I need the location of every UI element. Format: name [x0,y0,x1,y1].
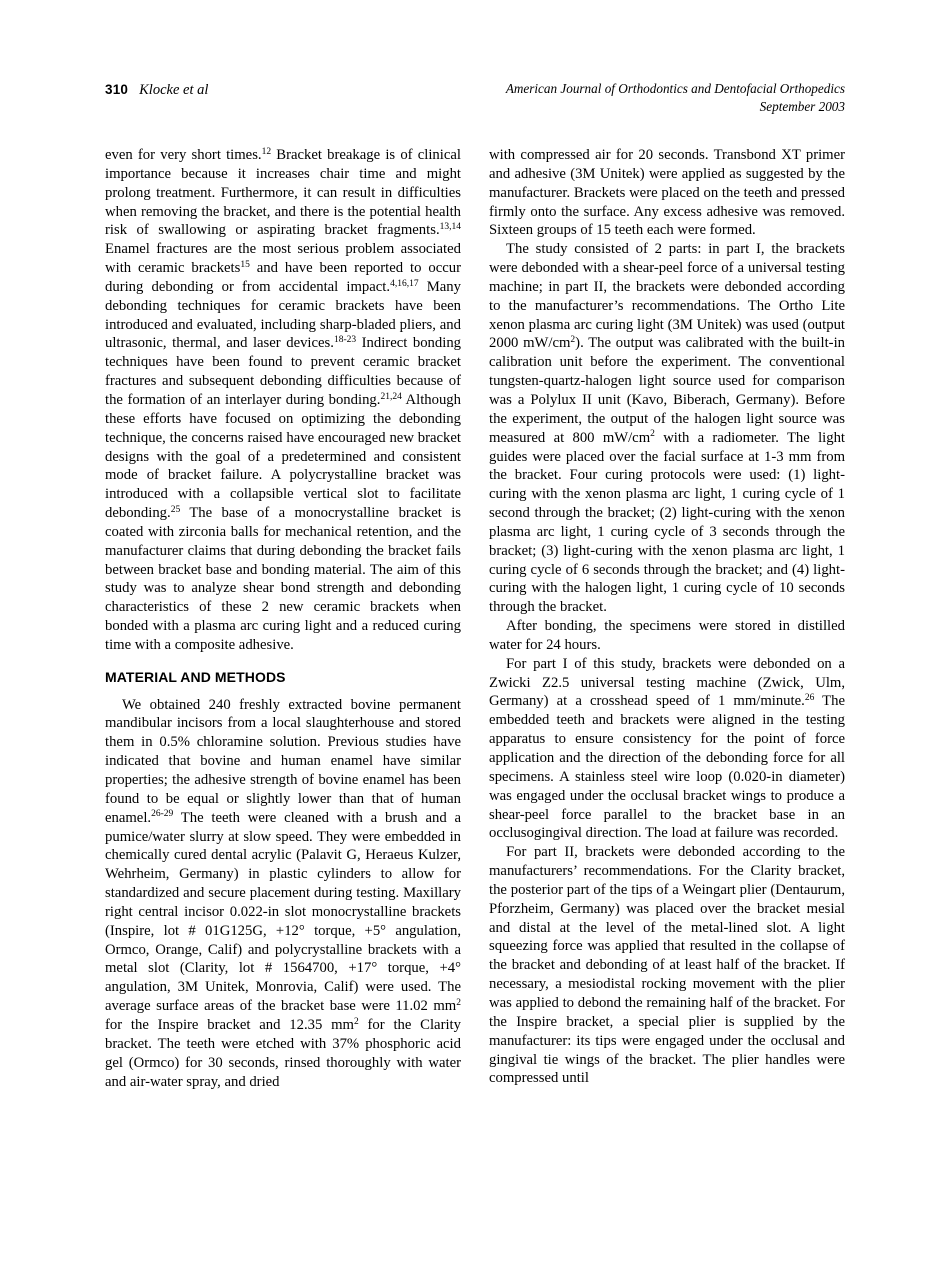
paragraph: We obtained 240 freshly extracted bovine… [105,696,461,1092]
article-body: even for very short times.12 Bracket bre… [105,146,845,1091]
citation-ref: 25 [171,505,181,515]
page-header: 310 Klocke et al American Journal of Ort… [105,80,845,115]
citation-ref: 26 [805,693,815,703]
left-column: even for very short times.12 Bracket bre… [105,146,461,1091]
paragraph: For part II, brackets were debonded acco… [489,843,845,1088]
running-author: Klocke et al [139,82,208,99]
paragraph: The study consisted of 2 parts: in part … [489,240,845,617]
journal-title: American Journal of Orthodontics and Den… [506,80,845,98]
citation-ref: 2 [456,998,461,1008]
page-number: 310 [105,82,128,97]
paragraph: For part I of this study, brackets were … [489,655,845,843]
citation-ref: 26-29 [151,809,173,819]
citation-ref: 2 [354,1017,359,1027]
journal-page: 310 Klocke et al American Journal of Ort… [0,0,950,1262]
citation-ref: 2 [650,429,655,439]
running-head-right: American Journal of Orthodontics and Den… [506,80,845,115]
citation-ref: 18-23 [334,335,356,345]
running-head-left: 310 Klocke et al [105,80,208,99]
paragraph: even for very short times.12 Bracket bre… [105,146,461,655]
citation-ref: 21,24 [380,392,401,402]
paragraph: with compressed air for 20 seconds. Tran… [489,146,845,240]
right-column: with compressed air for 20 seconds. Tran… [489,146,845,1091]
citation-ref: 12 [262,147,272,157]
journal-issue-date: September 2003 [506,98,845,116]
citation-ref: 2 [570,335,575,345]
citation-ref: 15 [240,260,250,270]
section-heading: MATERIAL AND METHODS [105,668,461,687]
citation-ref: 4,16,17 [390,279,419,289]
citation-ref: 13,14 [440,222,461,232]
paragraph: After bonding, the specimens were stored… [489,617,845,655]
